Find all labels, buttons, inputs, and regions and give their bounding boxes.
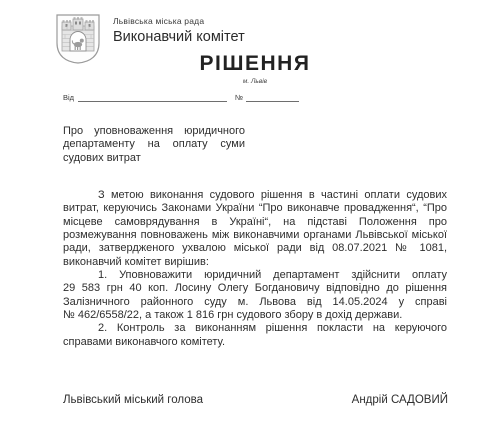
document-subject: Про уповноваження юридичного департамент… [63, 125, 245, 165]
item-2-paragraph: 2. Контроль за виконанням рішення поклас… [63, 322, 447, 349]
item-1-paragraph: 1. Уповноважити юридичний департамент зд… [63, 269, 447, 322]
signer-name: Андрій САДОВИЙ [352, 394, 448, 406]
document-place: м. Львів [63, 78, 447, 85]
date-blank-line [78, 92, 227, 102]
organization-name: Львівська міська рада [113, 16, 245, 26]
signature-row: Львівський міський голова Андрій САДОВИЙ [63, 394, 448, 406]
document-page: Львівська міська рада Виконавчий комітет… [0, 0, 480, 431]
document-type-title: РІШЕННЯ [63, 52, 447, 76]
organization-block: Львівська міська рада Виконавчий комітет [113, 13, 245, 45]
signer-position: Львівський міський голова [63, 394, 203, 406]
number-blank-line [246, 92, 299, 102]
date-label: Від [63, 93, 74, 102]
date-number-row: Від№ [63, 92, 447, 102]
organization-unit: Виконавчий комітет [113, 29, 245, 45]
preamble-paragraph: З метою виконання судового рішення в час… [63, 189, 447, 269]
number-label: № [235, 93, 243, 102]
document-body: З метою виконання судового рішення в час… [63, 189, 447, 349]
